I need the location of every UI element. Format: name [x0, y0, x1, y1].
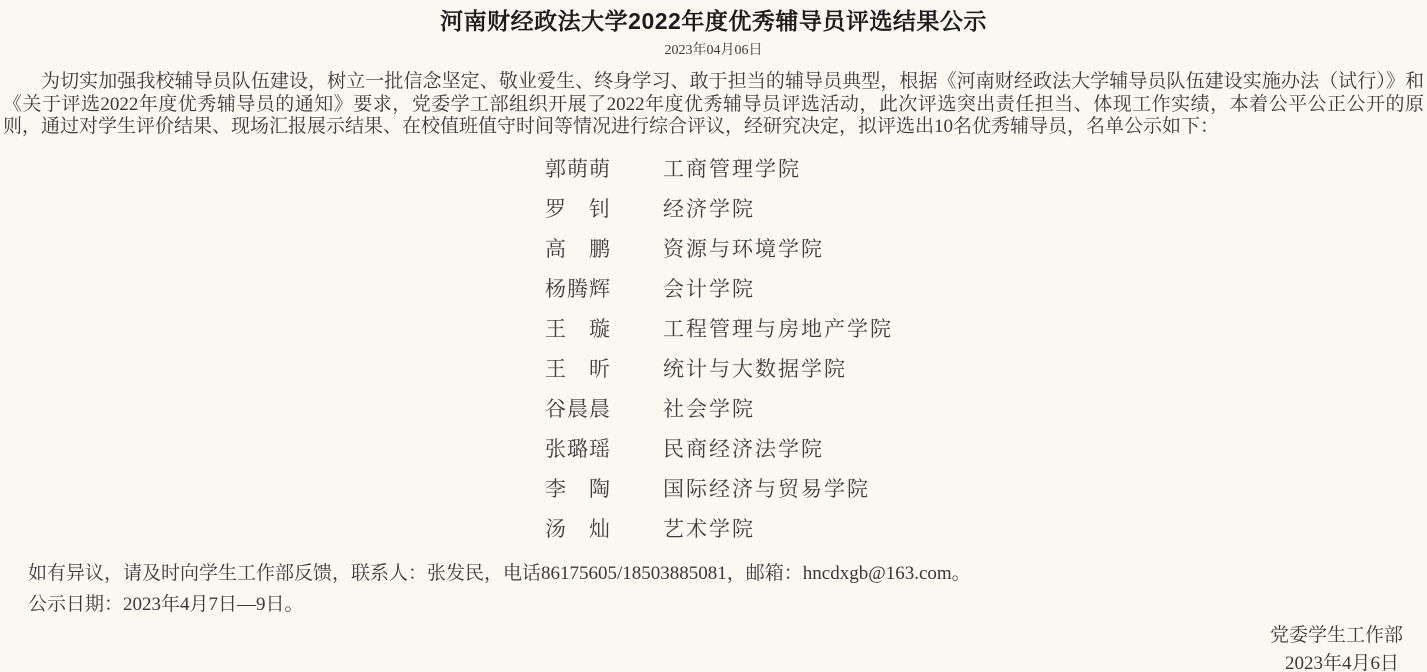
winner-college: 国际经济与贸易学院	[663, 469, 870, 509]
announcement-page: 河南财经政法大学2022年度优秀辅导员评选结果公示 2023年04月06日 为切…	[0, 0, 1427, 672]
list-item: 张璐瑶 民商经济法学院	[545, 429, 1427, 469]
signature-block: 党委学生工作部 2023年4月6日	[0, 622, 1427, 672]
winner-name: 谷晨晨	[545, 389, 635, 429]
winner-college: 统计与大数据学院	[663, 349, 847, 389]
signature-date: 2023年4月6日	[0, 650, 1403, 672]
winner-name: 王 璇	[545, 309, 635, 349]
signature-department: 党委学生工作部	[0, 622, 1403, 650]
list-item: 王 璇 工程管理与房地产学院	[545, 309, 1427, 349]
winner-list: 郭萌萌 工商管理学院 罗 钊 经济学院 高 鹏 资源与环境学院 杨腾辉 会计学院…	[545, 149, 1427, 549]
list-item: 郭萌萌 工商管理学院	[545, 149, 1427, 189]
announcement-paragraph: 为切实加强我校辅导员队伍建设，树立一批信念坚定、敬业爱生、终身学习、敢于担当的辅…	[3, 71, 1424, 139]
winner-college: 工商管理学院	[663, 149, 801, 189]
winner-college: 经济学院	[663, 189, 755, 229]
winner-name: 李 陶	[545, 469, 635, 509]
winner-name: 王 昕	[545, 349, 635, 389]
list-item: 高 鹏 资源与环境学院	[545, 229, 1427, 269]
winner-college: 资源与环境学院	[663, 229, 824, 269]
winner-name: 张璐瑶	[545, 429, 635, 469]
publicity-period-line: 公示日期：2023年4月7日—9日。	[28, 594, 1427, 616]
winner-name: 罗 钊	[545, 189, 635, 229]
list-item: 谷晨晨 社会学院	[545, 389, 1427, 429]
publish-date: 2023年04月06日	[0, 43, 1427, 59]
winner-college: 社会学院	[663, 389, 755, 429]
winner-name: 汤 灿	[545, 509, 635, 549]
winner-name: 杨腾辉	[545, 269, 635, 309]
list-item: 罗 钊 经济学院	[545, 189, 1427, 229]
winner-name: 高 鹏	[545, 229, 635, 269]
winner-college: 民商经济法学院	[663, 429, 824, 469]
winner-college: 工程管理与房地产学院	[663, 309, 893, 349]
feedback-contact-line: 如有异议，请及时向学生工作部反馈，联系人：张发民，电话86175605/1850…	[28, 563, 1427, 585]
page-title: 河南财经政法大学2022年度优秀辅导员评选结果公示	[0, 0, 1427, 34]
winner-name: 郭萌萌	[545, 149, 635, 189]
winner-college: 艺术学院	[663, 509, 755, 549]
list-item: 李 陶 国际经济与贸易学院	[545, 469, 1427, 509]
list-item: 杨腾辉 会计学院	[545, 269, 1427, 309]
winner-college: 会计学院	[663, 269, 755, 309]
list-item: 王 昕 统计与大数据学院	[545, 349, 1427, 389]
list-item: 汤 灿 艺术学院	[545, 509, 1427, 549]
